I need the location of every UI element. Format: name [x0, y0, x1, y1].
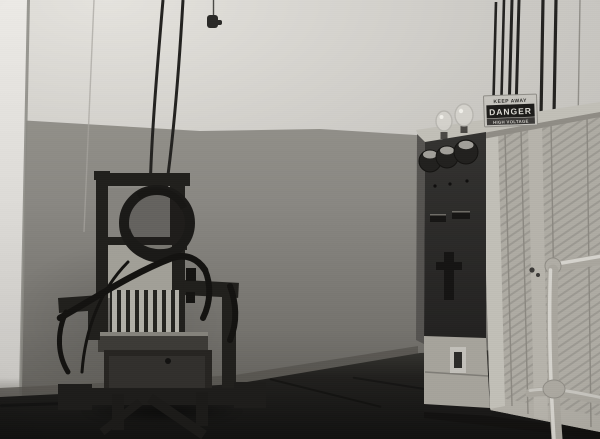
- pipe-railing: [0, 0, 600, 439]
- railing-tee-fitting: [543, 380, 565, 398]
- photograph: KEEP AWAY DANGER HIGH VOLTAGE: [0, 0, 600, 439]
